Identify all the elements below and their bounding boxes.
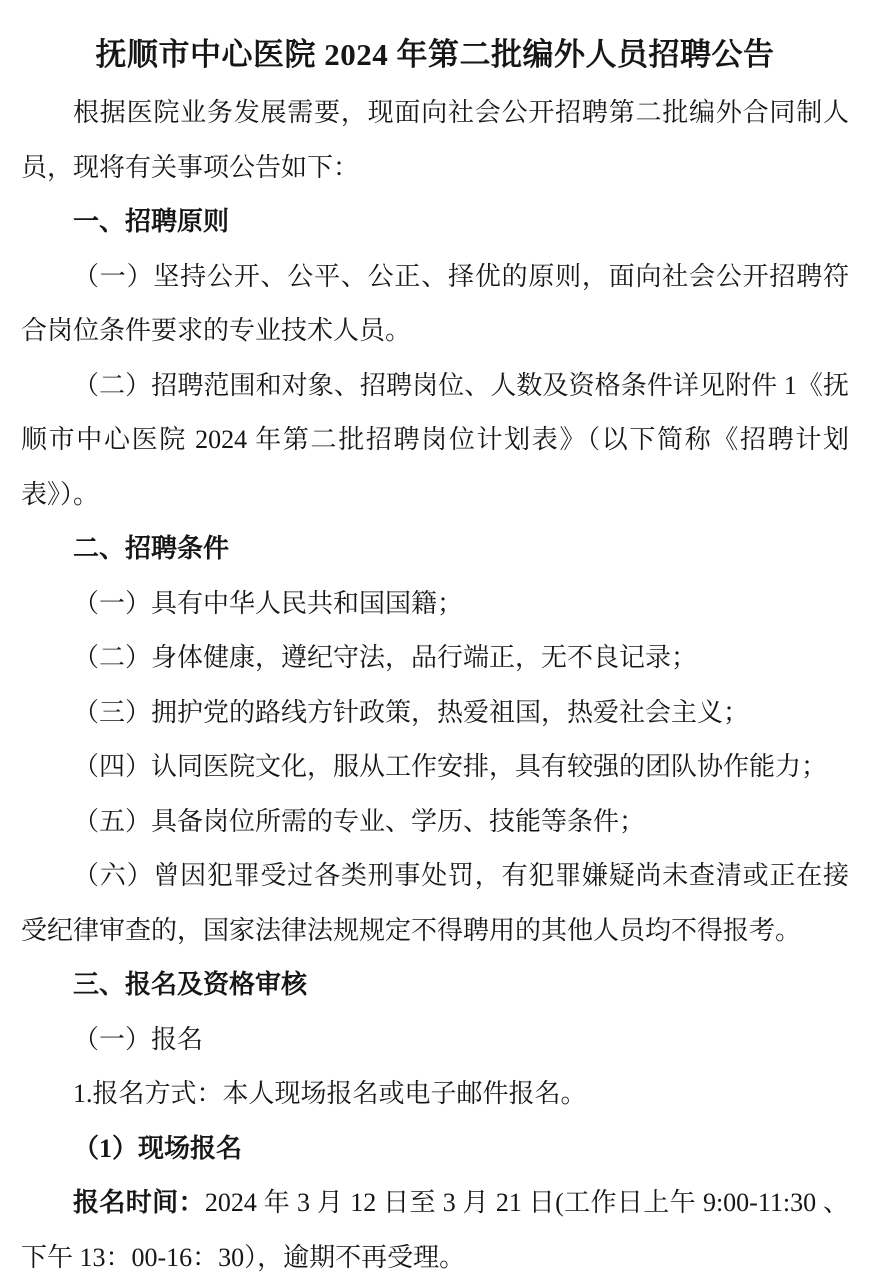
sub-heading-onsite: （1）现场报名 xyxy=(21,1122,849,1177)
section-heading-1: 一、招聘原则 xyxy=(21,195,849,250)
list-item: （二）身体健康，遵纪守法，品行端正，无不良记录； xyxy=(21,631,849,686)
paragraph-lead-label: 报名时间： xyxy=(73,1188,205,1217)
document-title: 抚顺市中心医院 2024 年第二批编外人员招聘公告 xyxy=(21,24,849,86)
document-page: 抚顺市中心医院 2024 年第二批编外人员招聘公告 根据医院业务发展需要，现面向… xyxy=(0,0,870,1287)
paragraph: （一）坚持公开、公平、公正、择优的原则，面向社会公开招聘符合岗位条件要求的专业技… xyxy=(21,250,849,359)
paragraph: （一）报名 xyxy=(21,1013,849,1068)
list-item: （六）曾因犯罪受过各类刑事处罚，有犯罪嫌疑尚未查清或正在接受纪律审查的，国家法律… xyxy=(21,849,849,958)
paragraph-intro: 根据医院业务发展需要，现面向社会公开招聘第二批编外合同制人员，现将有关事项公告如… xyxy=(21,86,849,195)
list-item: （五）具备岗位所需的专业、学历、技能等条件； xyxy=(21,795,849,850)
section-heading-3: 三、报名及资格审核 xyxy=(21,958,849,1013)
paragraph-signup-time: 报名时间：2024 年 3 月 12 日至 3 月 21 日(工作日上午 9:0… xyxy=(21,1176,849,1285)
list-item: （一）具有中华人民共和国国籍； xyxy=(21,577,849,632)
list-item: （三）拥护党的路线方针政策，热爱祖国，热爱社会主义； xyxy=(21,686,849,741)
section-heading-2: 二、招聘条件 xyxy=(21,522,849,577)
paragraph: （二）招聘范围和对象、招聘岗位、人数及资格条件详见附件 1《抚顺市中心医院 20… xyxy=(21,359,849,523)
list-item: （四）认同医院文化，服从工作安排，具有较强的团队协作能力； xyxy=(21,740,849,795)
paragraph: 1.报名方式：本人现场报名或电子邮件报名。 xyxy=(21,1067,849,1122)
